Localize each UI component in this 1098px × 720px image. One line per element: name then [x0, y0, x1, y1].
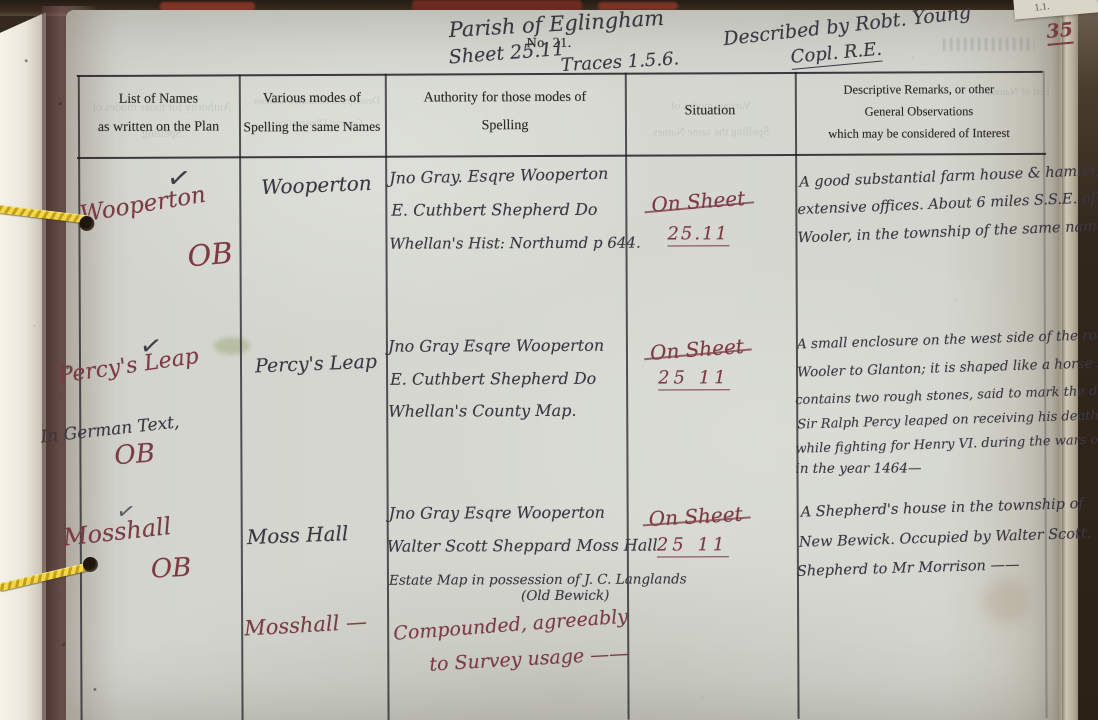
situation-label: On Sheet	[648, 502, 743, 531]
col-header-names-line1: List of Names	[78, 91, 239, 108]
authority-line: Jno Gray Esqre Wooperton	[389, 503, 605, 523]
remarks-line: while fighting for Henry VI. during the …	[795, 430, 1098, 457]
examiner-initials: OB	[150, 553, 192, 585]
situation-sheet: 25 11	[658, 367, 730, 390]
compounded-note-line: Compounded, agreeably	[393, 605, 629, 644]
faint-date-stamp	[943, 38, 1035, 51]
binding-hole-bottom	[83, 557, 98, 572]
page-content: Authority for those modes of Spelling De…	[0, 0, 1098, 720]
remarks-line: New Bewick. Occupied by Walter Scott.	[799, 526, 1092, 551]
col-header-spelling-line2: Spelling the same Names	[239, 119, 385, 136]
col-header-remarks-line1: Descriptive Remarks, or other	[795, 82, 1043, 98]
binding-hole-top	[79, 216, 94, 231]
remarks-line: A small enclosure on the west side of th…	[797, 326, 1098, 353]
remarks-line: A good substantial farm house & hamlet; …	[799, 162, 1098, 191]
bleedthrough-text: Spelling the same Names	[631, 119, 791, 146]
remarks-line: contains two rough stones, said to mark …	[795, 381, 1098, 408]
situation-label: On Sheet	[651, 186, 746, 217]
col-header-authority-line2: Spelling	[385, 118, 625, 135]
col-header-spelling-line1: Various modes of	[239, 91, 385, 108]
header-bottom-rule	[77, 153, 1046, 160]
remarks-line: Shepherd to Mr Morrison ——	[797, 557, 1020, 580]
col-header-remarks-line2: General Observations	[795, 104, 1043, 120]
table-top-rule	[77, 71, 1043, 78]
authority-line: E. Cuthbert Shepherd Do	[390, 369, 596, 389]
green-smudge	[214, 337, 250, 354]
col-header-names-line2: as written on the Plan	[78, 119, 239, 136]
remarks-line: Wooler to Glanton; it is shaped like a h…	[797, 354, 1098, 381]
compounded-name: Mosshall —	[244, 610, 368, 641]
remarks-line: A Shepherd's house in the township of	[800, 496, 1083, 521]
authority-line: Estate Map in possession of J. C. Langla…	[389, 571, 687, 588]
spelling-mode: Moss Hall	[246, 521, 348, 549]
examiner-initials: OB	[113, 438, 156, 471]
situation-sheet: 25 11	[657, 534, 729, 557]
col-header-remarks-line3: which may be considered of Interest	[795, 126, 1043, 142]
plan-name: Mosshall	[62, 512, 173, 552]
compounded-note-line: to Survey usage ——	[429, 642, 629, 675]
authority-line: Whellan's Hist: Northumd p 644.	[389, 234, 640, 253]
remarks-line: in the year 1464—	[795, 460, 921, 477]
remarks-line: Sir Ralph Percy leaped on receiving his …	[797, 407, 1098, 433]
authority-line: Jno Gray Esqre Wooperton	[388, 336, 604, 356]
sheet-number: Sheet 25.11	[448, 38, 565, 69]
folio-page-number: 35	[1045, 19, 1074, 46]
plan-name: Wooperton	[78, 182, 208, 228]
remarks-line: Wooler, in the township of the same name…	[797, 218, 1098, 246]
spelling-mode: Percy's Leap	[255, 351, 378, 378]
plan-name-note: In German Text,	[40, 412, 181, 447]
column-rule-1	[239, 74, 243, 720]
table-left-rule	[78, 75, 83, 720]
situation-sheet: 25.11	[667, 223, 729, 246]
authority-line: Walter Scott Sheppard Moss Hall	[387, 536, 658, 556]
authority-line: (Old Bewick)	[521, 588, 609, 604]
col-header-situation: Situation	[625, 103, 795, 120]
spelling-mode: Wooperton	[261, 171, 372, 199]
corner-fragment: 1.1.	[1034, 1, 1050, 14]
scanned-page: Authority for those modes of Spelling De…	[0, 0, 1098, 720]
authority-line: E. Cuthbert Shepherd Do	[391, 200, 597, 220]
examiner-initials: OB	[186, 235, 234, 273]
brown-smudge	[983, 578, 1029, 624]
authority-line: Whellan's County Map.	[388, 401, 576, 421]
remarks-line: extensive offices. About 6 miles S.S.E. …	[797, 190, 1096, 218]
col-header-authority-line1: Authority for those modes of	[385, 90, 625, 107]
authority-line: Jno Gray. Esqre Wooperton	[389, 164, 609, 188]
surveyor-rank: Copl. R.E.	[790, 39, 883, 70]
paper-specks	[0, 2, 1, 5]
